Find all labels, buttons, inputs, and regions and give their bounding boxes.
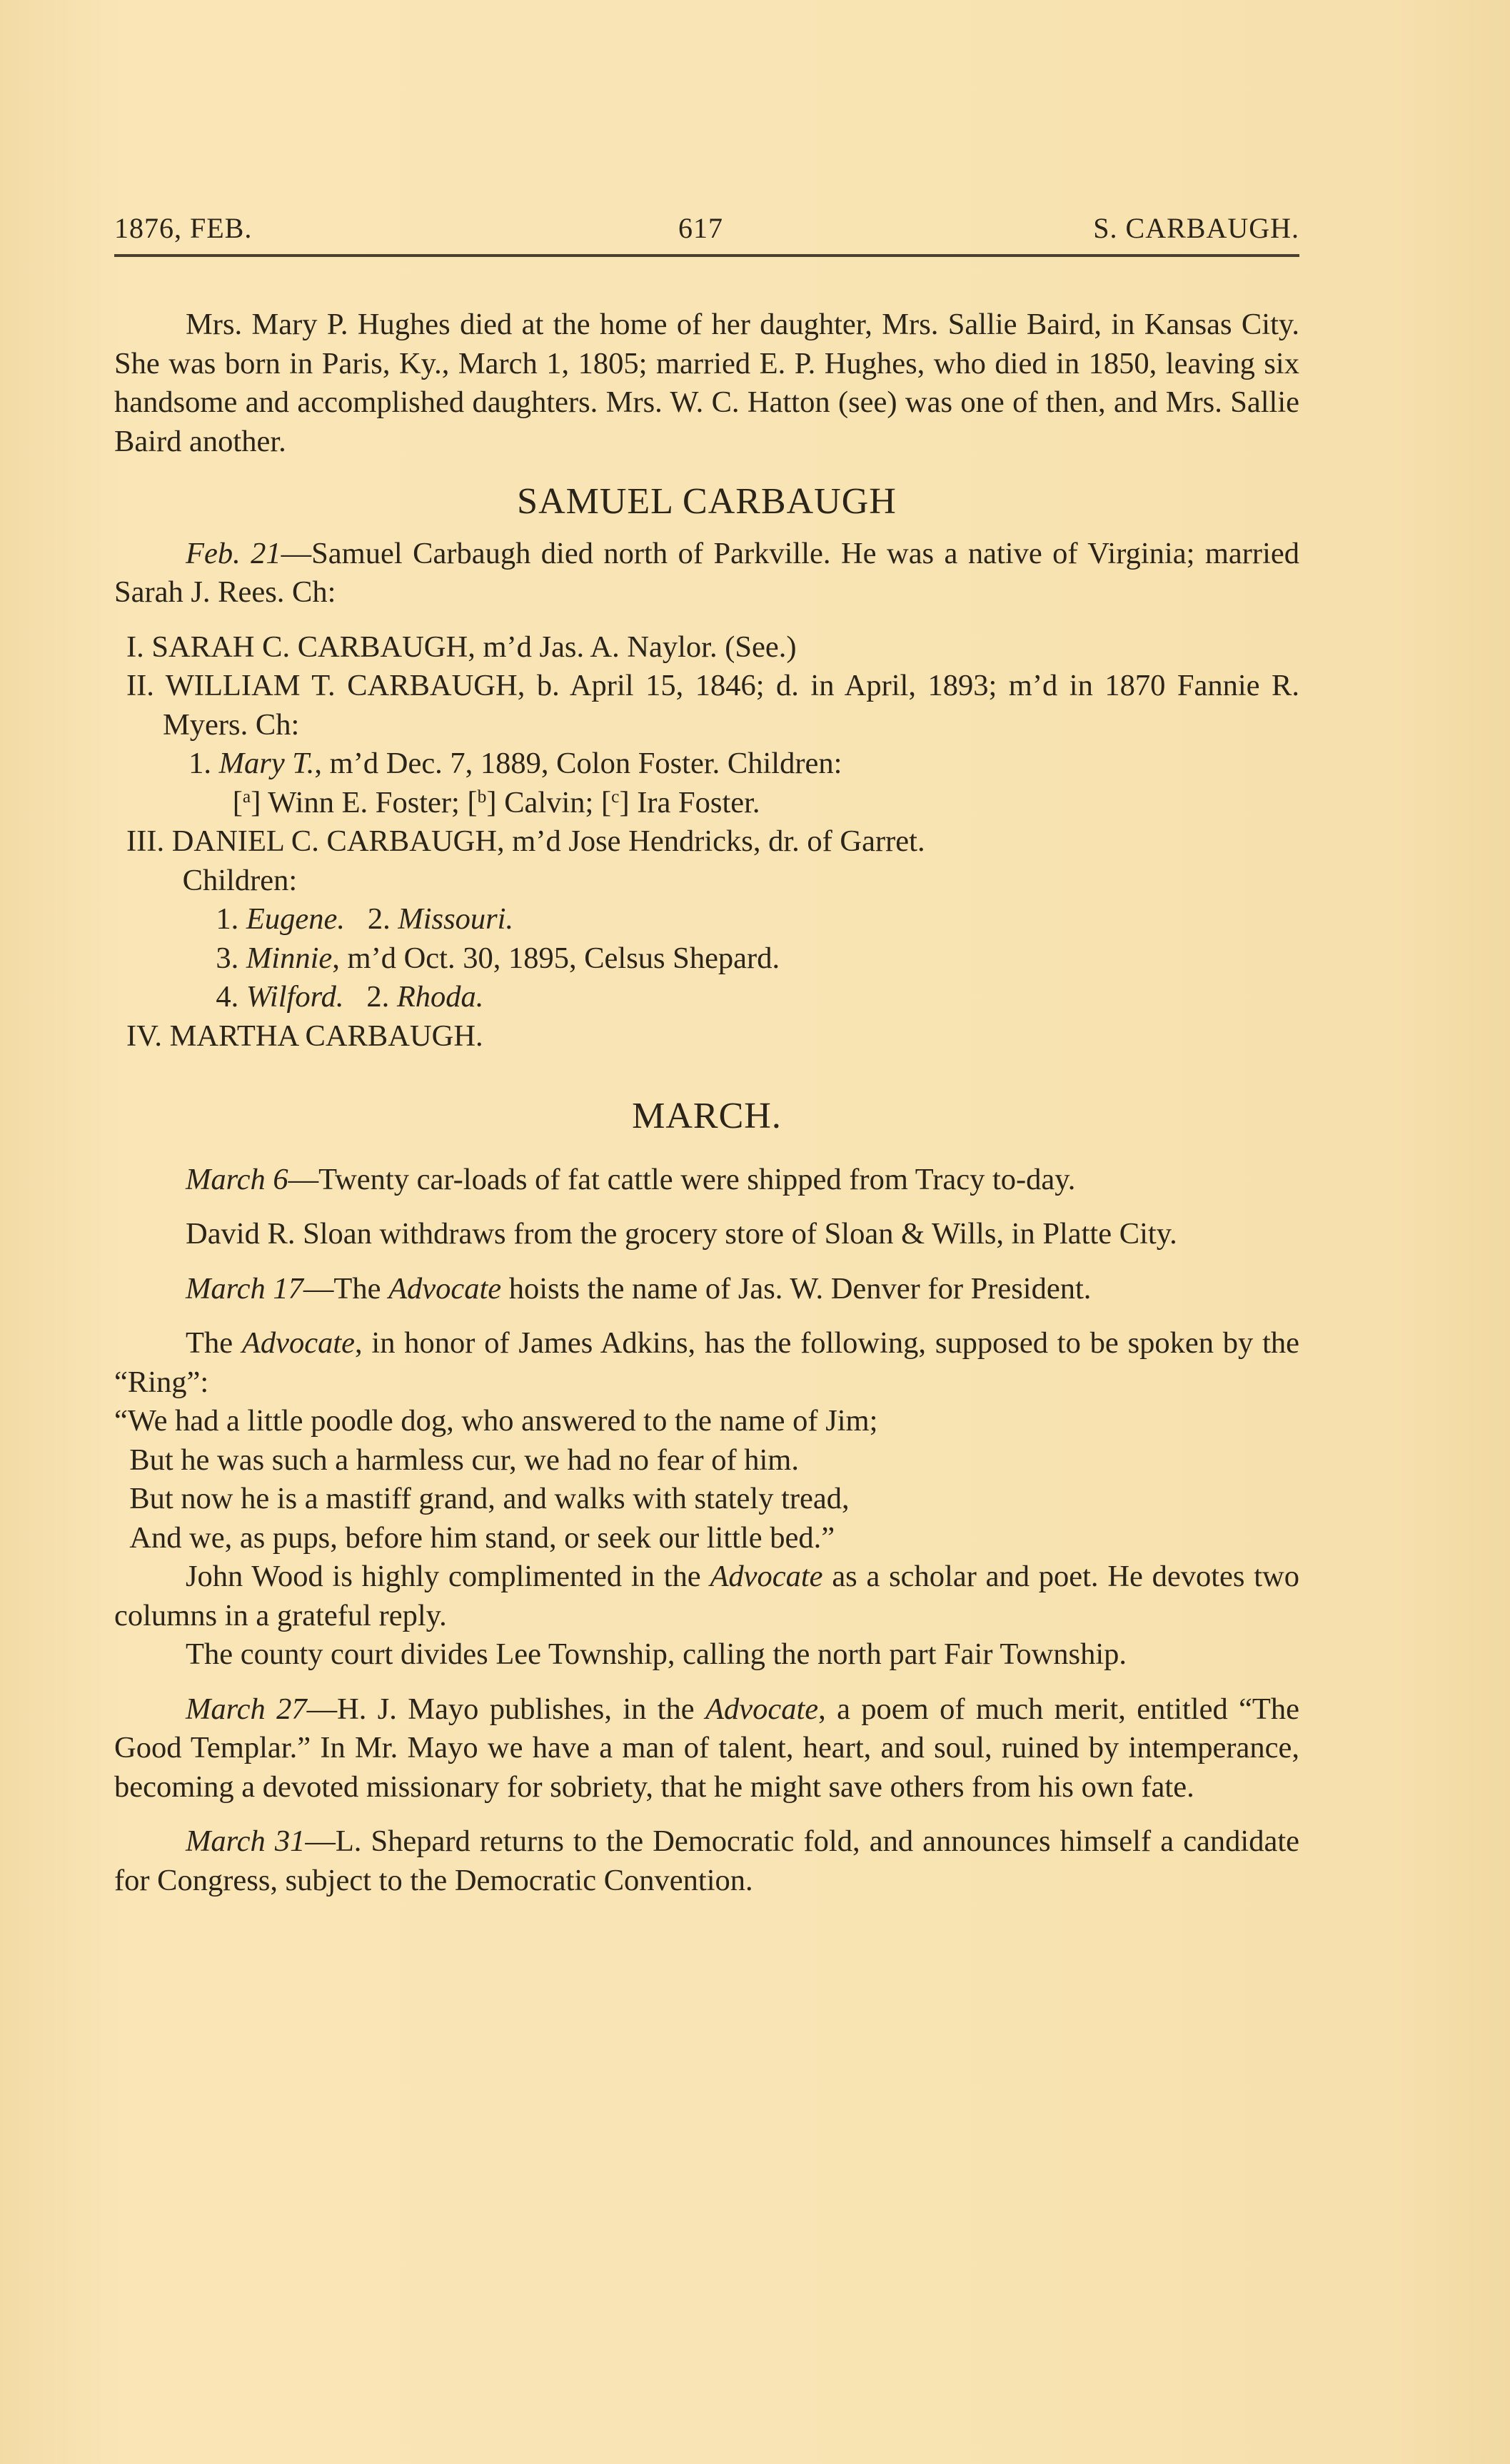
- child-item-2: II. WILLIAM T. CARBAUGH, b. April 15, 18…: [114, 667, 1299, 744]
- daniel-children-line-2: 3. Minnie, m’d Oct. 30, 1895, Celsus She…: [114, 939, 1299, 979]
- poem-line: “We had a little poodle dog, who answere…: [114, 1402, 1299, 1441]
- running-head-left: 1876, FEB.: [114, 211, 252, 245]
- running-head-right: S. CARBAUGH.: [1093, 211, 1299, 245]
- header-rule: [114, 254, 1299, 257]
- section-heading-march: MARCH.: [114, 1097, 1299, 1136]
- child-item-1: I. SARAH C. CARBAUGH, m’d Jas. A. Naylor…: [114, 628, 1299, 667]
- page-body: Mrs. Mary P. Hughes died at the home of …: [114, 306, 1299, 1900]
- entry-sloan: David R. Sloan withdraws from the grocer…: [114, 1215, 1299, 1254]
- entry-county-court: The county court divides Lee Township, c…: [114, 1635, 1299, 1675]
- entry-date: Feb. 21: [186, 537, 281, 570]
- entry-adkins: The Advocate, in honor of James Adkins, …: [114, 1324, 1299, 1402]
- poem-line: But now he is a mastiff grand, and walks…: [114, 1480, 1299, 1519]
- great-grandchildren: [a] Winn E. Foster; [b] Calvin; [c] Ira …: [114, 784, 1299, 823]
- section-heading-samuel-carbaugh: SAMUEL CARBAUGH: [114, 483, 1299, 522]
- child-item-4: IV. MARTHA CARBAUGH.: [114, 1017, 1299, 1056]
- children-label: Children:: [114, 862, 1299, 901]
- samuel-entry: Feb. 21—Samuel Carbaugh died north of Pa…: [114, 535, 1299, 612]
- daniel-children-line-1: 1. Eugene. 2. Missouri.: [114, 900, 1299, 939]
- entry-march-17: March 17—The Advocate hoists the name of…: [114, 1270, 1299, 1309]
- entry-march-27: March 27—H. J. Mayo publishes, in the Ad…: [114, 1690, 1299, 1807]
- poem-line: And we, as pups, before him stand, or se…: [114, 1519, 1299, 1558]
- grandchild-mary: 1. Mary T., m’d Dec. 7, 1889, Colon Fost…: [114, 744, 1299, 784]
- daniel-children-line-3: 4. Wilford. 2. Rhoda.: [114, 978, 1299, 1017]
- entry-john-wood: John Wood is highly complimented in the …: [114, 1557, 1299, 1635]
- poem: “We had a little poodle dog, who answere…: [114, 1402, 1299, 1557]
- running-head: 1876, FEB. 617 S. CARBAUGH.: [114, 211, 1299, 244]
- entry-march-6: March 6—Twenty car-loads of fat cattle w…: [114, 1161, 1299, 1200]
- page-number: 617: [678, 211, 723, 245]
- intro-paragraph: Mrs. Mary P. Hughes died at the home of …: [114, 306, 1299, 461]
- poem-line: But he was such a harmless cur, we had n…: [114, 1441, 1299, 1480]
- entry-march-31: March 31—L. Shepard returns to the Democ…: [114, 1822, 1299, 1900]
- child-item-3: III. DANIEL C. CARBAUGH, m’d Jose Hendri…: [114, 822, 1299, 862]
